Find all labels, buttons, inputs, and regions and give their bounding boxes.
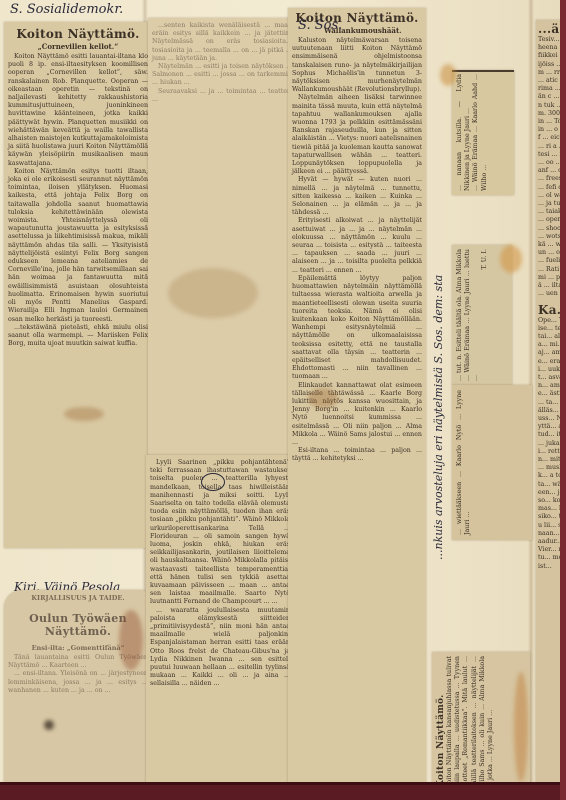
clipping-paragraph: ...tekstäwänä pieteästi, ehkä miulu olis… bbox=[8, 324, 148, 349]
handwritten-source-note: S. Sos. bbox=[298, 18, 342, 33]
clipping-paragraph: ... nanaan kutsilla. — Lydia Nikkinen ja… bbox=[456, 74, 472, 191]
clipping-paragraph: Koiton Näyttämön kansanjuhlassa tulivat … bbox=[446, 656, 495, 788]
clipping-title: Koiton Näyttämö. bbox=[436, 656, 446, 788]
rule bbox=[452, 70, 514, 72]
scrapbook-cover-edge bbox=[560, 0, 566, 800]
clipping-oulun-tyowaen-nayttamo: KIRJALLISUUS JA TAIDE. Oulun Työwäen Näy… bbox=[4, 590, 152, 796]
clipping-faded-review: ...senten kaikista wenäläisestä ... maan… bbox=[148, 18, 296, 456]
clipping-title: Koiton Näyttämö. bbox=[8, 27, 148, 41]
clipping-cornevillen-kellot: Koiton Näyttämö. „Cornevillen kellot.“ K… bbox=[4, 22, 152, 548]
clipping-paragraph: Näytelmän aiheen lisäksi tarwinnee maini… bbox=[292, 94, 422, 176]
clipping-paragraph: Kaluston näytelmäwarsan toisena uutuuten… bbox=[292, 37, 422, 94]
clipping-paragraph: Hyvät — hywät — kuten nuori ... nimellä … bbox=[292, 176, 422, 217]
clipping-paragraph: ... waaratta joulullaisesta muutamin pal… bbox=[150, 607, 290, 689]
clipping-vertical-cast-list: ... nanaan kutsilla. — Lydia Nikkinen ja… bbox=[452, 70, 514, 195]
clipping-paragraph: ... Wäinö Erämaa ... Kaarlo Aahd ... Wil… bbox=[472, 74, 488, 191]
section-label: KIRJALLISUUS JA TAIDE. bbox=[8, 594, 148, 602]
clipping-paragraph: ... wiettääkseen ... Kaarlo Nytö ... Lyy… bbox=[456, 390, 472, 535]
clipping-paragraph: Esi-iltana ... toimintaa ... paljon ... … bbox=[292, 447, 422, 463]
clipping-paragraph: Epäilemättä löytyy paljon huomattawien n… bbox=[292, 275, 422, 382]
pen-circle-mark bbox=[201, 473, 225, 491]
stain bbox=[168, 268, 258, 318]
scrapbook-cover-edge bbox=[0, 782, 566, 800]
clipping-paragraph: ...senten kaikista wenäläisestä ... maan… bbox=[152, 22, 292, 63]
handwritten-vertical-note: ...nkuis arvosteluja eri näytelmistä S. … bbox=[432, 275, 445, 560]
stain bbox=[44, 720, 54, 730]
clipping-vertical-koiton-nayttamo: Koiton Näyttämö. Koiton Näyttämön kansan… bbox=[432, 652, 530, 792]
clipping-signature: T. U. I. bbox=[481, 249, 489, 381]
handwritten-source-note: S. Sosialidemokr. bbox=[10, 2, 123, 17]
stain bbox=[308, 388, 338, 408]
clipping-pikku-pohjantahti: Lyyli Saarinen „pikku pohjantähtenä“ tek… bbox=[146, 455, 294, 798]
stain bbox=[440, 64, 456, 86]
clipping-subtitle: „Cornevillen kellot.“ bbox=[8, 42, 148, 51]
stain bbox=[119, 610, 143, 670]
scrapbook-page: S. Sosialidemokr. Koiton Näyttämö. „Corn… bbox=[0, 0, 566, 800]
clipping-paragraph: Näytelmän ... esitti ja toisen näytöksen… bbox=[152, 63, 292, 88]
clipping-paragraph: Koiton Näyttämö esitti lauantai-iltana k… bbox=[8, 53, 148, 168]
clipping-paragraph: Erityisesti alkoiwat ... ja näyttelijät … bbox=[292, 217, 422, 274]
clipping-paragraph: ... ensi-iltana. Yleisönä on ... järjest… bbox=[8, 670, 148, 695]
clipping-paragraph: Seuraavaksi ... ja ... toimintaa ... tea… bbox=[152, 88, 292, 104]
clipping-wallankumoushaat: Koiton Näyttämö. Wallankumoushäät. Kalus… bbox=[288, 8, 426, 796]
clipping-paragraph: ... tut. n. Esitteli täältä ola. Alma Mi… bbox=[456, 249, 481, 381]
stain bbox=[64, 407, 104, 421]
stain bbox=[500, 245, 522, 273]
clipping-paragraph: Koiton Näyttämön esitys tuotti iltaan, j… bbox=[8, 168, 148, 324]
clipping-vertical-review: ... wiettääkseen ... Kaarlo Nytö ... Lyy… bbox=[452, 385, 532, 540]
stain bbox=[514, 672, 528, 782]
